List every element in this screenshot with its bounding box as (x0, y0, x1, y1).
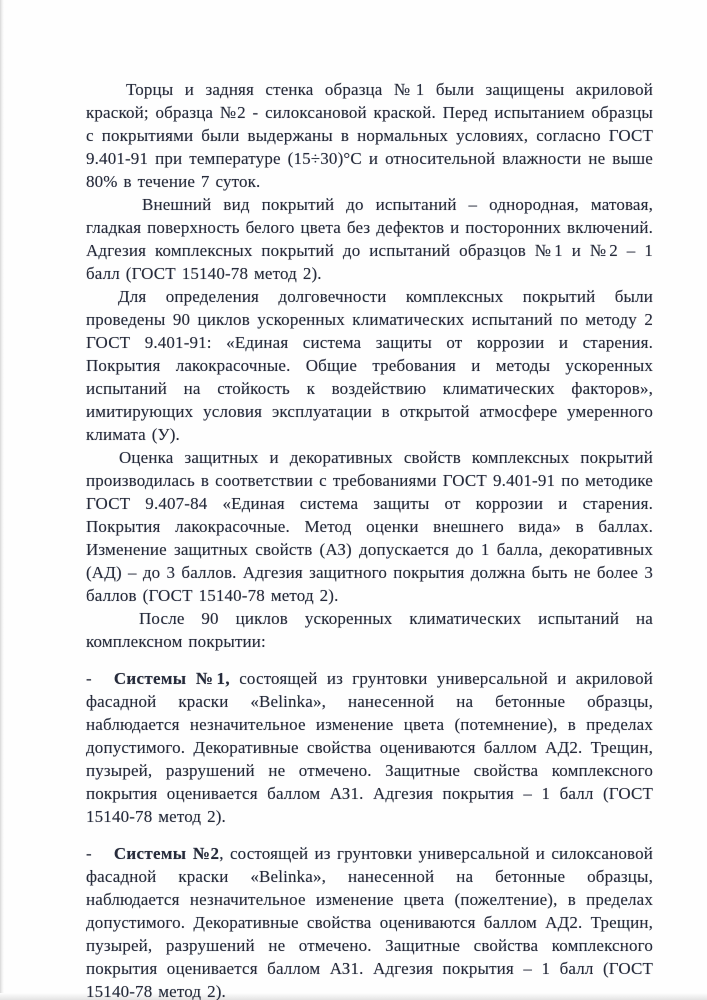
list-item-system-2: -Системы №2, состоящей из грунтовки унив… (86, 842, 653, 1000)
list-item-system-2-lead: Системы №2 (114, 844, 219, 863)
list-item-system-1-text: состоящей из грунтовки универсальной и а… (86, 669, 653, 826)
list-dash-marker: - (86, 667, 92, 690)
paragraph-evaluation-criteria: Оценка защитных и декоративных свойств к… (86, 446, 653, 607)
list-item-system-1-lead: Системы №1, (114, 669, 230, 688)
document-text-block: Торцы и задняя стенка образца №1 были за… (86, 78, 653, 1000)
paragraph-after-90-cycles: После 90 циклов ускоренных климатических… (86, 607, 653, 653)
scanned-document-page: Торцы и задняя стенка образца №1 были за… (0, 0, 707, 1000)
paragraph-sample-preparation: Торцы и задняя стенка образца №1 были за… (86, 78, 653, 193)
list-dash-marker: - (86, 842, 92, 865)
list-item-system-2-text: , состоящей из грунтовки универсальной и… (86, 844, 653, 1000)
paragraph-durability-test-method: Для определения долговечности комплексны… (86, 285, 653, 446)
list-item-system-1: -Системы №1, состоящей из грунтовки унив… (86, 667, 653, 828)
scan-edge-left (0, 0, 4, 1000)
paragraph-appearance-before-test: Внешний вид покрытий до испытаний – одно… (86, 193, 653, 285)
